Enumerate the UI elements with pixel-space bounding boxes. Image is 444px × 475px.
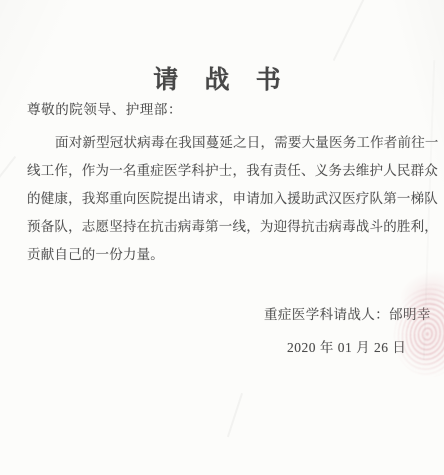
petition-letter-page: 请 战 书 尊敬的院领导、护理部： 面对新型冠状病毒在我国蔓延之日，需要大量医务… (0, 0, 444, 475)
date-line: 2020 年 01 月 26 日 (287, 336, 406, 356)
paper-crease (0, 156, 16, 204)
body-text-line: 线工作，作为一名重症医学科护士，我有责任、义务去维护人民群众 (27, 159, 438, 179)
body-text-line: 面对新型冠状病毒在我国蔓延之日，需要大量医务工作者前往一 (55, 131, 439, 151)
document-title: 请 战 书 (0, 60, 444, 96)
body-text-line: 贡献自己的一份力量。 (27, 243, 164, 263)
paper-crease (333, 0, 365, 61)
salutation-line: 尊敬的院领导、护理部： (27, 98, 182, 118)
paper-crease (227, 393, 243, 437)
fingerprint-stamp (385, 276, 444, 384)
body-text-line: 的健康，我郑重向医院提出请求，申请加入援助武汉医疗队第一梯队 (27, 187, 438, 207)
body-text-line: 预备队，志愿坚持在抗击病毒第一线，为迎得抗击病毒战斗的胜利， (27, 215, 438, 235)
